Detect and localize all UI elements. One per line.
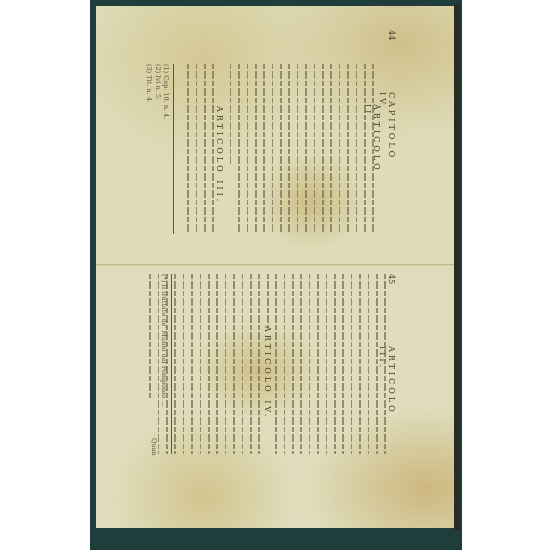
body-text (180, 64, 214, 234)
body-text (260, 274, 386, 454)
body-text (223, 64, 374, 234)
book-page-45: 45 ARTICOLO III. ARTICOLO IV. (*) Il tra… (96, 266, 454, 528)
footnote-rule (173, 64, 174, 234)
footnote: (*) Il trattato de' Mulini del Pomponio … (160, 274, 168, 406)
page-number: 45 (387, 274, 396, 284)
book-page-44: 44 CAPITOLO IV. ARTICOLO II. ARTICOLO II… (96, 6, 454, 267)
page-number: 44 (387, 30, 396, 40)
book-cover-edge (454, 4, 460, 530)
footnotes: (1) Cap. 10. n. 4. (2) Ivi n. 5. (3) Tit… (145, 64, 170, 119)
section-heading: ARTICOLO IV. (263, 326, 272, 419)
section-heading: ARTICOLO III. (215, 106, 224, 204)
footnote-rule (171, 274, 172, 454)
catchword: Quan (150, 438, 158, 456)
